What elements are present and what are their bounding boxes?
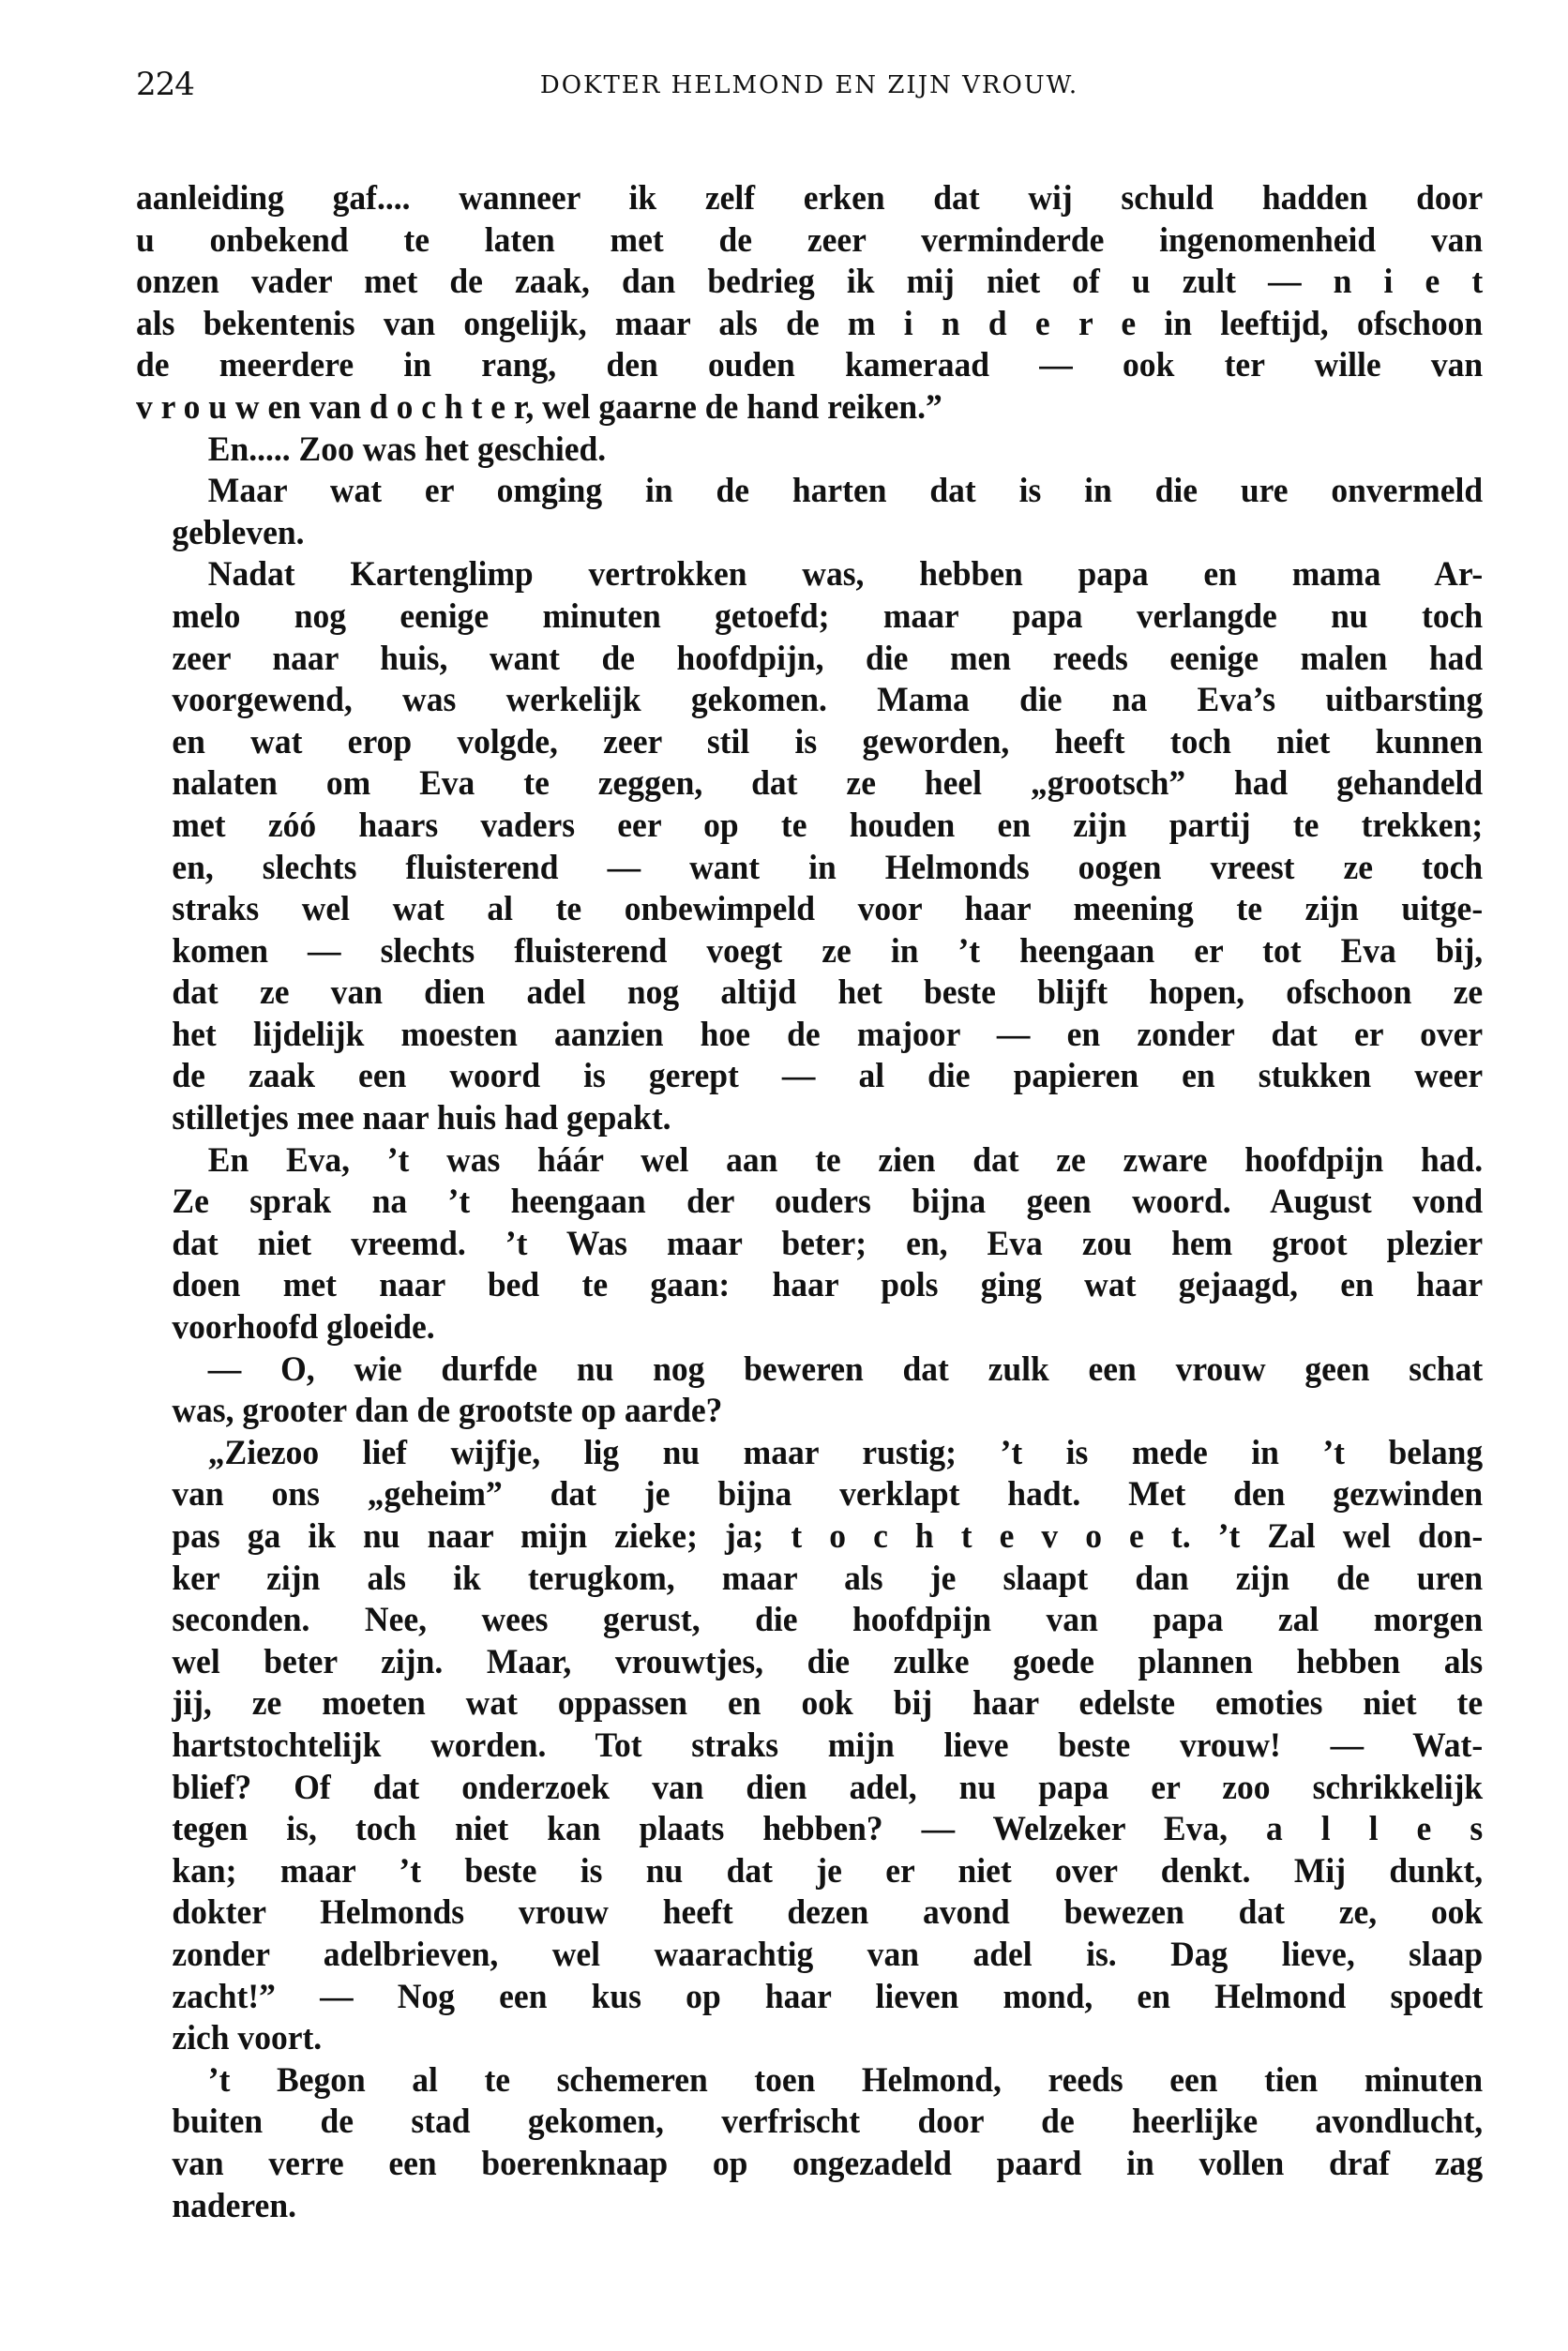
text-line: wel beter zijn. Maar, vrouwtjes, die zul…	[136, 1642, 1483, 1684]
text-line: v r o u w en van d o c h t e r, wel gaar…	[136, 387, 1483, 430]
text-line: zonder adelbrieven, wel waarachtig van a…	[136, 1935, 1483, 1977]
text-line: en, slechts fluisterend — want in Helmon…	[136, 848, 1483, 890]
text-line: dat niet vreemd. ’t Was maar beter; en, …	[136, 1224, 1483, 1266]
text-line: ’t Begon al te schemeren toen Helmond, r…	[136, 2060, 1483, 2102]
paragraph: aanleiding gaf.... wanneer ik zelf erken…	[136, 178, 1483, 430]
text-line: dokter Helmonds vrouw heeft dezen avond …	[136, 1892, 1483, 1935]
text-line: zacht!” — Nog een kus op haar lieven mon…	[136, 1977, 1483, 2019]
text-line: gebleven.	[136, 513, 1483, 555]
text-line: voorgewend, was werkelijk gekomen. Mama …	[136, 680, 1483, 722]
text-line: jij, ze moeten wat oppassen en ook bij h…	[136, 1683, 1483, 1726]
text-line: — O, wie durfde nu nog beweren dat zulk …	[136, 1349, 1483, 1392]
text-line: de meerdere in rang, den ouden kameraad …	[136, 345, 1483, 387]
text-line: Maar wat er omging in de harten dat is i…	[136, 471, 1483, 513]
text-line: onzen vader met de zaak, dan bedrieg ik …	[136, 262, 1483, 304]
text-line: komen — slechts fluisterend voegt ze in …	[136, 931, 1483, 973]
text-line: het lijdelijk moesten aanzien hoe de maj…	[136, 1015, 1483, 1057]
text-line: u onbekend te laten met de zeer verminde…	[136, 220, 1483, 263]
text-line: zich voort.	[136, 2018, 1483, 2060]
book-page: 224 DOKTER HELMOND EN ZIJN VROUW. aanlei…	[136, 56, 1483, 2227]
text-line: de zaak een woord is gerept — al die pap…	[136, 1056, 1483, 1098]
text-line: aanleiding gaf.... wanneer ik zelf erken…	[136, 178, 1483, 220]
text-line: met zóó haars vaders eer op te houden en…	[136, 806, 1483, 848]
paragraph: Maar wat er omging in de harten dat is i…	[136, 471, 1483, 554]
text-line: seconden. Nee, wees gerust, die hoofdpij…	[136, 1600, 1483, 1642]
text-line: doen met naar bed te gaan: haar pols gin…	[136, 1265, 1483, 1307]
text-line: nalaten om Eva te zeggen, dat ze heel „g…	[136, 763, 1483, 806]
text-line: Ze sprak na ’t heengaan der ouders bijna…	[136, 1182, 1483, 1224]
text-line: tegen is, toch niet kan plaats hebben? —…	[136, 1809, 1483, 1851]
text-line: En..... Zoo was het geschied.	[136, 430, 1483, 472]
text-line: naderen.	[136, 2186, 1483, 2228]
paragraph: En..... Zoo was het geschied.	[136, 430, 1483, 472]
text-line: voorhoofd gloeide.	[136, 1307, 1483, 1349]
text-line: Nadat Kartenglimp vertrokken was, hebben…	[136, 554, 1483, 596]
text-line: melo nog eenige minuten getoefd; maar pa…	[136, 596, 1483, 639]
text-line: „Ziezoo lief wijfje, lig nu maar rustig;…	[136, 1433, 1483, 1475]
text-line: blief? Of dat onderzoek van dien adel, n…	[136, 1768, 1483, 1810]
paragraph: ’t Begon al te schemeren toen Helmond, r…	[136, 2060, 1483, 2227]
text-line: en wat erop volgde, zeer stil is geworde…	[136, 722, 1483, 764]
text-line: stilletjes mee naar huis had gepakt.	[136, 1098, 1483, 1140]
text-line: ker zijn als ik terugkom, maar als je sl…	[136, 1559, 1483, 1601]
text-line: was, grooter dan de grootste op aarde?	[136, 1391, 1483, 1433]
text-line: En Eva, ’t was háár wel aan te zien dat …	[136, 1140, 1483, 1183]
text-line: buiten de stad gekomen, verfrischt door …	[136, 2102, 1483, 2144]
text-line: als bekentenis van ongelijk, maar als de…	[136, 304, 1483, 346]
paragraph: — O, wie durfde nu nog beweren dat zulk …	[136, 1349, 1483, 1433]
page-header: 224 DOKTER HELMOND EN ZIJN VROUW.	[136, 56, 1483, 122]
text-line: dat ze van dien adel nog altijd het best…	[136, 972, 1483, 1015]
paragraph: En Eva, ’t was háár wel aan te zien dat …	[136, 1140, 1483, 1349]
text-line: straks wel wat al te onbewimpeld voor ha…	[136, 889, 1483, 931]
text-line: van verre een boerenknaap op ongezadeld …	[136, 2144, 1483, 2186]
text-line: van ons „geheim” dat je bijna verklapt h…	[136, 1474, 1483, 1516]
text-line: zeer naar huis, want de hoofdpijn, die m…	[136, 639, 1483, 681]
running-title: DOKTER HELMOND EN ZIJN VROUW.	[136, 71, 1483, 99]
text-line: kan; maar ’t beste is nu dat je er niet …	[136, 1851, 1483, 1893]
text-line: hartstochtelijk worden. Tot straks mijn …	[136, 1726, 1483, 1768]
text-line: pas ga ik nu naar mijn zieke; ja; t o c …	[136, 1516, 1483, 1559]
paragraph: Nadat Kartenglimp vertrokken was, hebben…	[136, 554, 1483, 1139]
paragraph: „Ziezoo lief wijfje, lig nu maar rustig;…	[136, 1433, 1483, 2060]
page-body: aanleiding gaf.... wanneer ik zelf erken…	[136, 178, 1483, 2227]
